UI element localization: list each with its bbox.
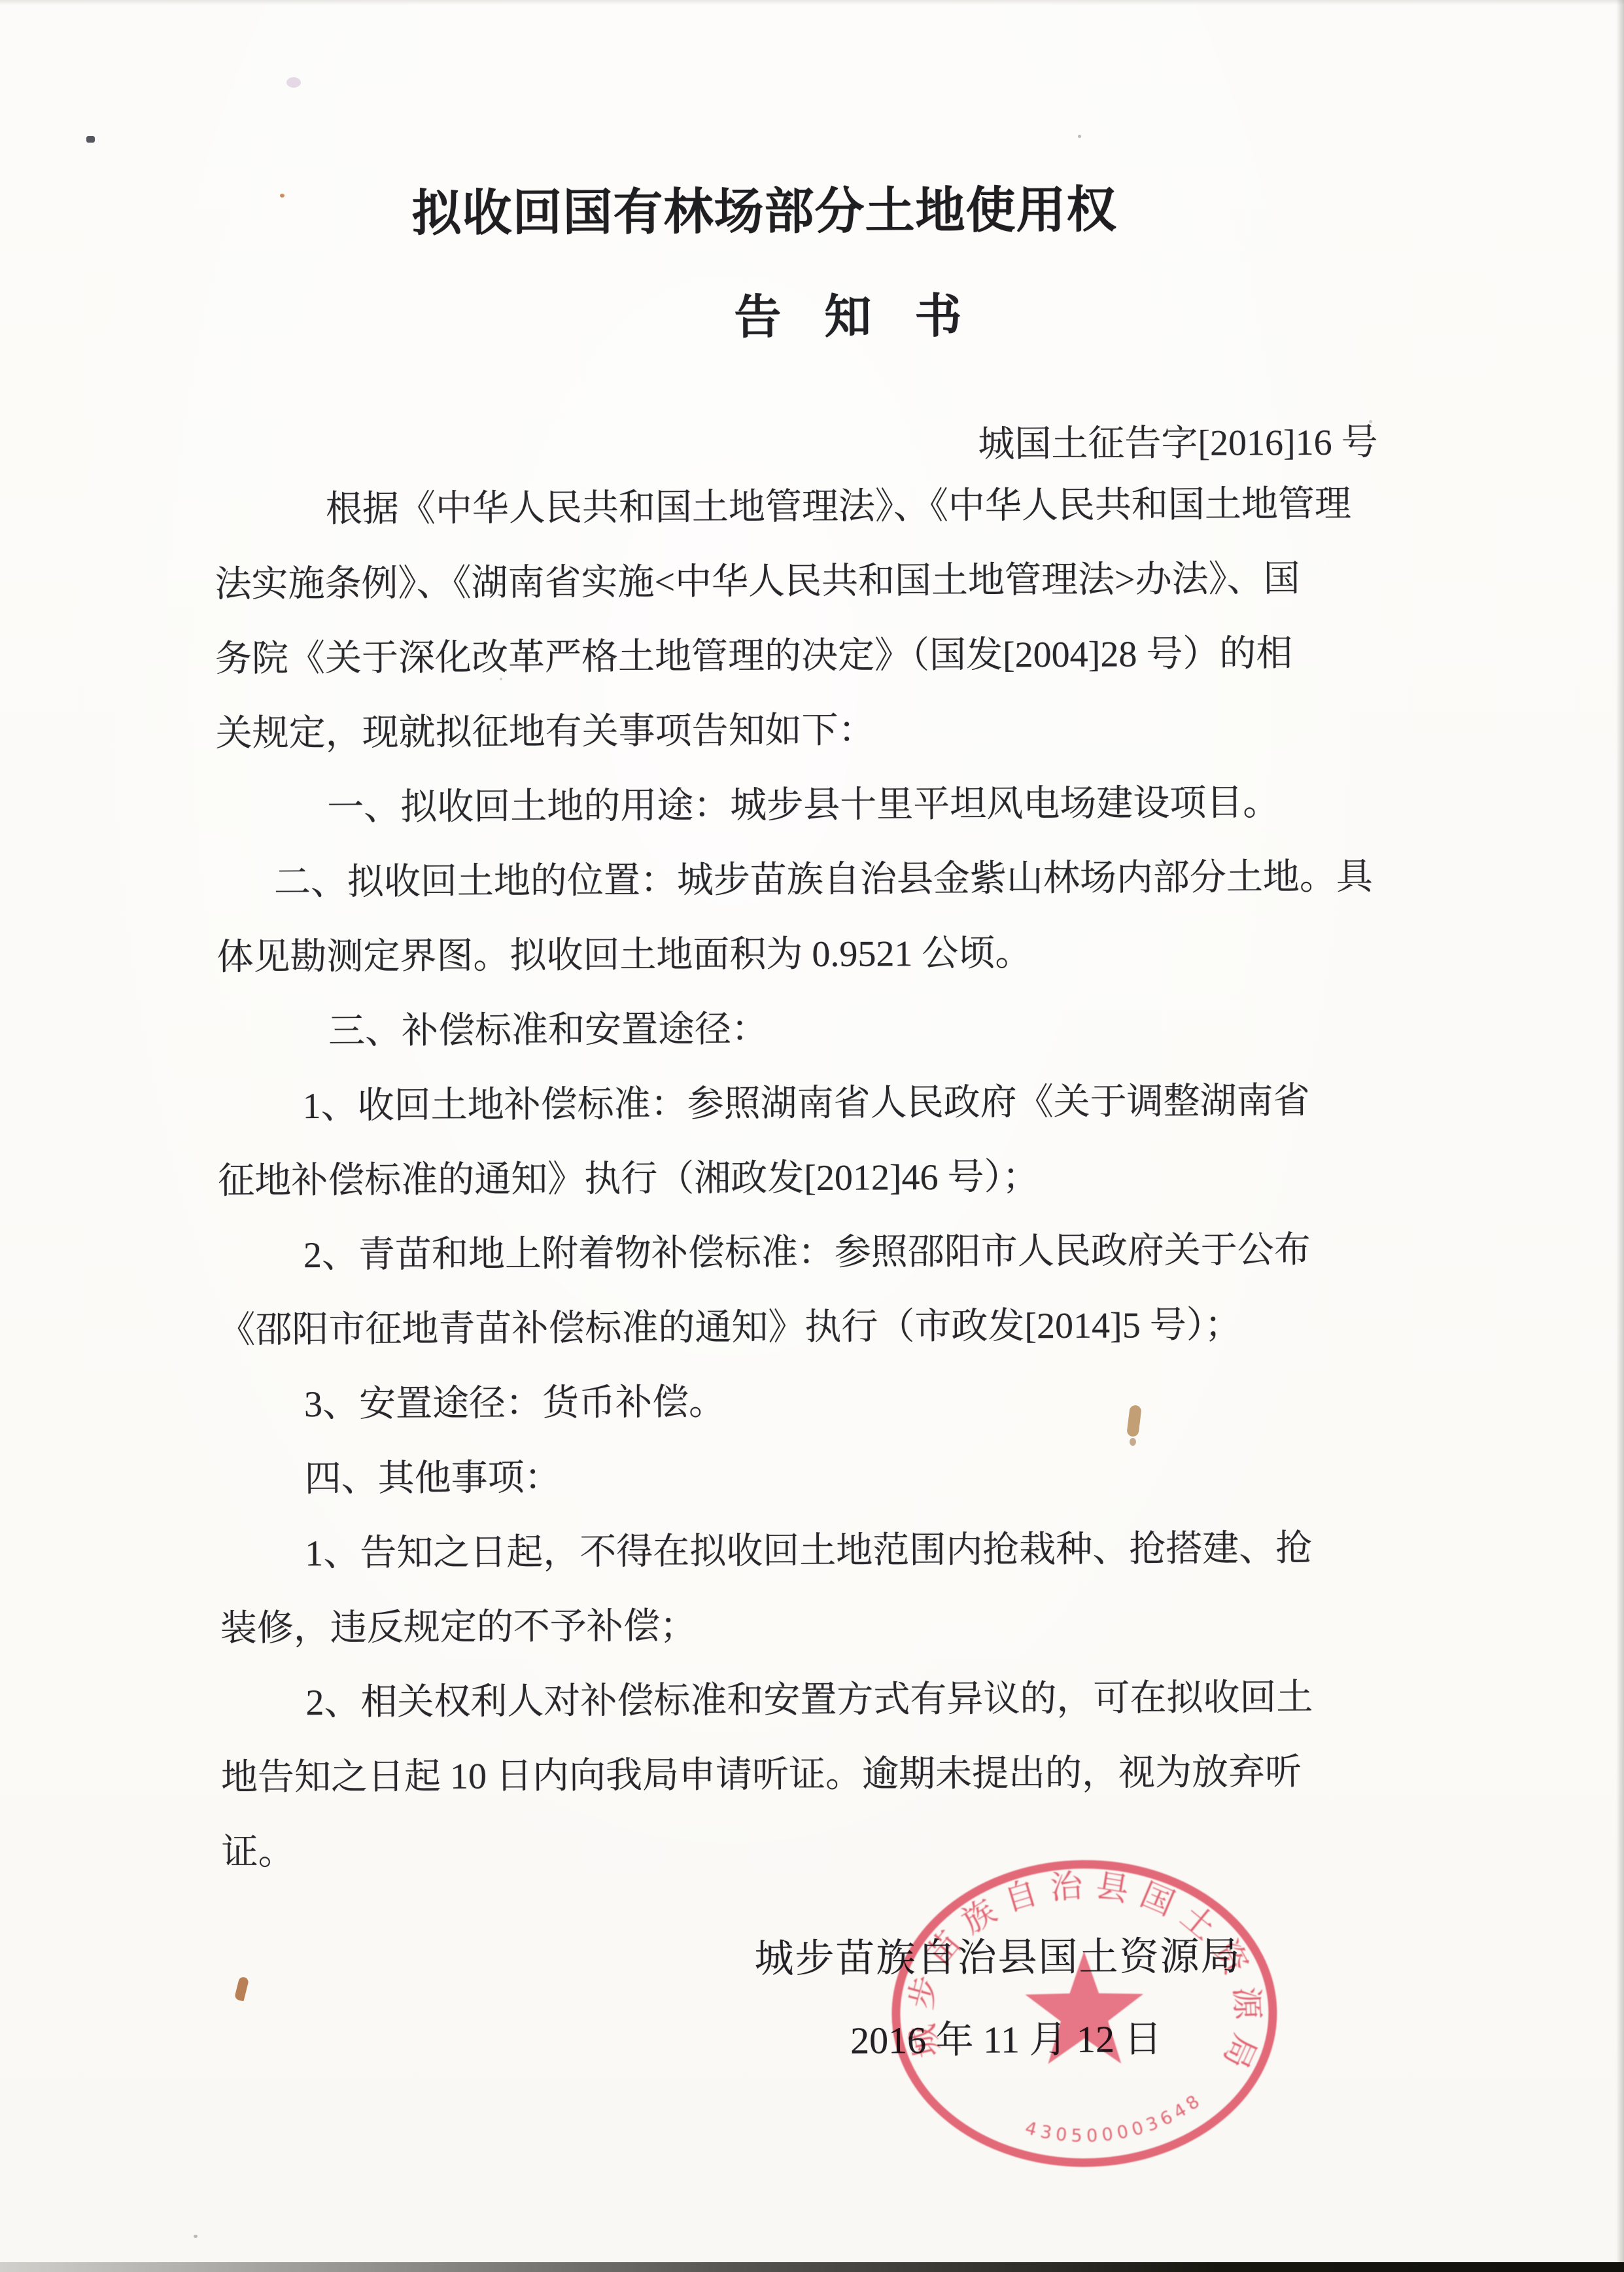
body-line: 地告知之日起 10 日内向我局申请听证。逾期未提出的，视为放弃听 <box>221 1734 1417 1815</box>
body-line: 务院《关于深化改革严格土地管理的决定》（国发[2004]28 号）的相 <box>215 616 1411 697</box>
body-line: 二、拟收回土地的位置：城步苗族自治县金紫山林场内部分土地。具 <box>216 839 1413 920</box>
body-line: 体见勘测定界图。拟收回土地面积为 0.9521 公顷。 <box>216 914 1413 995</box>
body-line: 四、其他事项： <box>219 1436 1415 1517</box>
body-line: 1、告知之日起，不得在拟收回土地范围内抢栽种、抢搭建、抢 <box>220 1511 1416 1592</box>
body-line: 2、相关权利人对补偿标准和安置方式有异议的，可在拟收回土 <box>220 1660 1417 1741</box>
document-content: 拟收回国有林场部分土地使用权 告知书 城国土征告字[2016]16 号 根据《中… <box>0 0 1624 2272</box>
body-line: 三、补偿标准和安置途径： <box>217 988 1413 1070</box>
body-line: 1、收回土地补偿标准：参照湖南省人民政府《关于调整湖南省 <box>217 1063 1413 1144</box>
body-line: 3、安置途径：货币补偿。 <box>219 1361 1415 1442</box>
body-line: 根据《中华人民共和国土地管理法》、《中华人民共和国土地管理 <box>215 466 1411 548</box>
body-line: 《邵阳市征地青苗补偿标准的通知》执行（市政发[2014]5 号）； <box>218 1287 1415 1368</box>
body-line: 法实施条例》、《湖南省实施<中华人民共和国土地管理法>办法》、国 <box>215 541 1411 622</box>
seal-star-icon <box>1025 1951 1143 2064</box>
document-title: 拟收回国有林场部分土地使用权 <box>411 169 1132 245</box>
body-line: 关规定，现就拟征地有关事项告知如下： <box>215 690 1411 771</box>
body-line: 2、青苗和地上附着物补偿标准：参照邵阳市人民政府关于公布 <box>218 1212 1415 1293</box>
body-line: 征地补偿标准的通知》执行（湘政发[2012]46 号）； <box>218 1138 1414 1219</box>
document-number: 城国土征告字[2016]16 号 <box>978 413 1378 467</box>
official-seal: 城步苗族自治县国土资源局 4305000036480 <box>888 1855 1282 2171</box>
scanned-document-page: 拟收回国有林场部分土地使用权 告知书 城国土征告字[2016]16 号 根据《中… <box>0 0 1624 2272</box>
body-line: 装修，违反规定的不予补偿； <box>220 1585 1417 1666</box>
body-line: 一、拟收回土地的用途：城步县十里平坦风电场建设项目。 <box>216 765 1412 846</box>
document-body: 根据《中华人民共和国土地管理法》、《中华人民共和国土地管理法实施条例》、《湖南省… <box>215 466 1417 1890</box>
document-subtitle: 告知书 <box>734 277 1005 347</box>
